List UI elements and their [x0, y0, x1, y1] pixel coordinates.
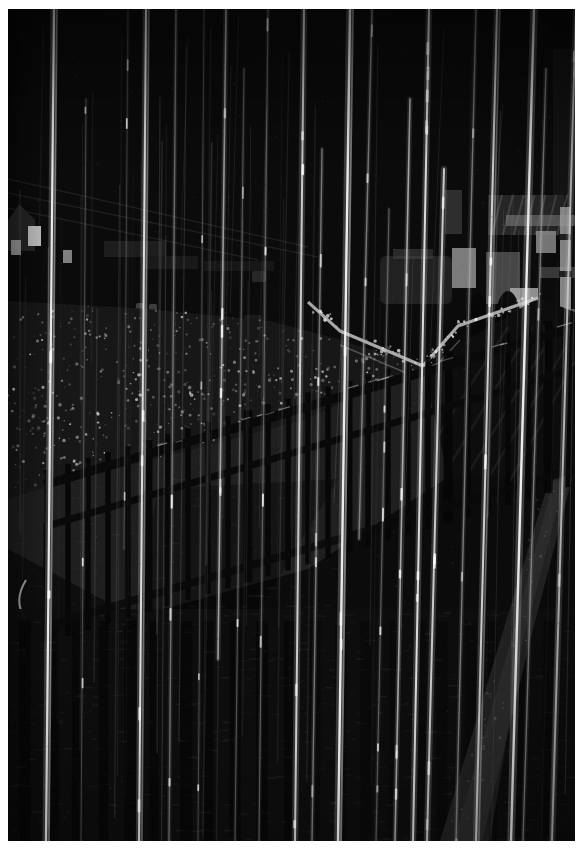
- photo-canvas: [8, 9, 575, 841]
- rain-night-photograph: [8, 9, 575, 841]
- photo-frame: [0, 0, 583, 850]
